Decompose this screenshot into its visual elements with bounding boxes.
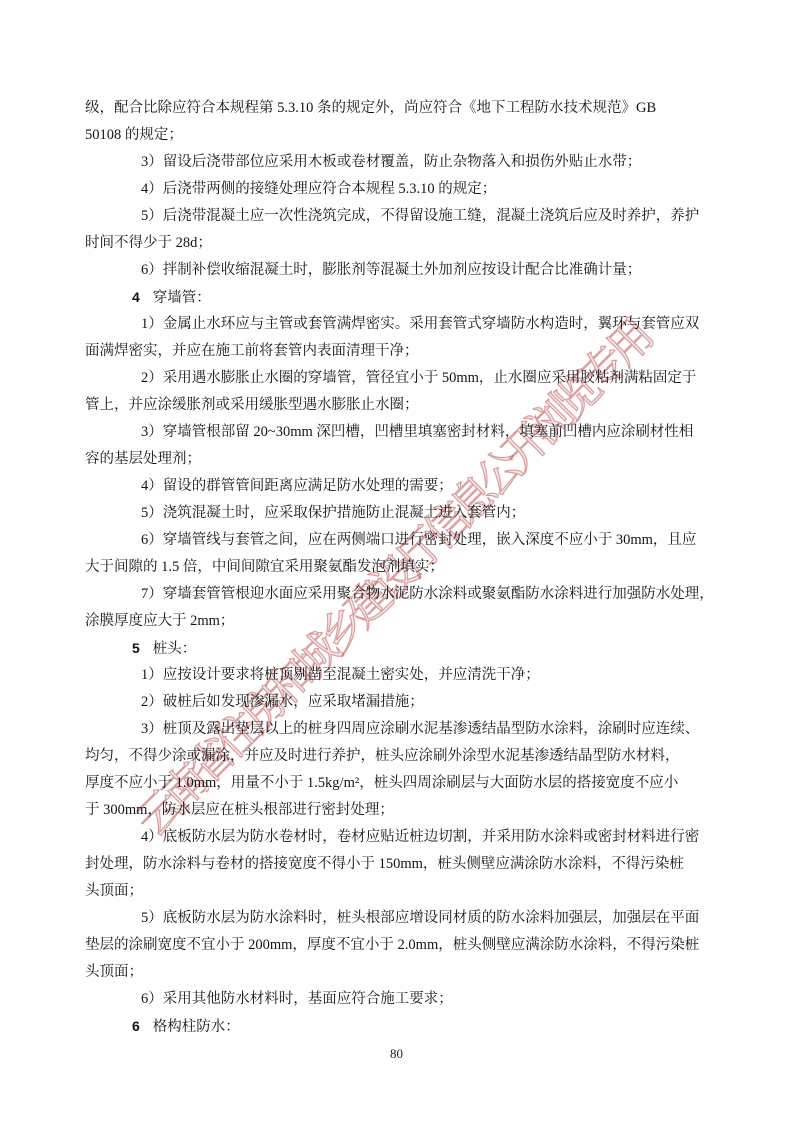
text-line: 3）留设后浇带部位应采用木板或卷材覆盖，防止杂物落入和损伤外贴止水带； (85, 149, 715, 176)
section-title: 格构柱防水： (153, 1019, 240, 1035)
text-line: 大于间隙的 1.5 倍，中间间隙宜采用聚氨酯发泡剂填实； (85, 554, 715, 581)
section-title: 穿墙管： (153, 290, 211, 306)
text-line: 6）采用其他防水材料时，基面应符合施工要求； (85, 986, 715, 1013)
text-line: 5）浇筑混凝土时，应采取保护措施防止混凝土进入套管内； (85, 500, 715, 527)
text-line: 4）留设的群管管间距离应满足防水处理的需要； (85, 473, 715, 500)
text-line: 容的基层处理剂； (85, 446, 715, 473)
document-body: 级，配合比除应符合本规程第 5.3.10 条的规定外，尚应符合《地下工程防水技术… (85, 95, 715, 1040)
text-line: 于 300mm，防水层应在桩头根部进行密封处理； (85, 797, 715, 824)
section-heading-line: 6格构柱防水： (85, 1013, 715, 1040)
text-line: 2）采用遇水膨胀止水圈的穿墙管，管径宜小于 50mm，止水圈应采用胶粘剂满粘固定… (85, 365, 715, 392)
text-line: 1）金属止水环应与主管或套管满焊密实。采用套管式穿墙防水构造时，翼环与套管应双 (85, 311, 715, 338)
text-line: 3）穿墙管根部留 20~30mm 深凹槽，凹槽里填塞密封材料，填塞前凹槽内应涂刷… (85, 419, 715, 446)
section-number: 5 (132, 640, 140, 656)
text-line: 厚度不应小于 1.0mm，用量不小于 1.5kg/m²，桩头四周涂刷层与大面防水… (85, 770, 715, 797)
text-line: 涂膜厚度应大于 2mm； (85, 608, 715, 635)
text-line: 级，配合比除应符合本规程第 5.3.10 条的规定外，尚应符合《地下工程防水技术… (85, 95, 715, 122)
text-line: 7）穿墙套管管根迎水面应采用聚合物水泥防水涂料或聚氨酯防水涂料进行加强防水处理， (85, 581, 715, 608)
text-line: 头顶面； (85, 878, 715, 905)
section-heading-line: 5桩头： (85, 635, 715, 662)
text-line: 头顶面； (85, 959, 715, 986)
text-line: 封处理，防水涂料与卷材的搭接宽度不得小于 150mm，桩头侧壁应满涂防水涂料，不… (85, 851, 715, 878)
text-line: 6）穿墙管线与套管之间，应在两侧端口进行密封处理，嵌入深度不应小于 30mm，且… (85, 527, 715, 554)
text-line: 1）应按设计要求将桩顶剔凿至混凝土密实处，并应清洗干净； (85, 662, 715, 689)
text-line: 6）拌制补偿收缩混凝土时，膨胀剂等混凝土外加剂应按设计配合比准确计量； (85, 257, 715, 284)
document-page: 云南省住房和城乡建设厅信息公开浏览专用 级，配合比除应符合本规程第 5.3.10… (0, 0, 793, 1122)
text-line: 垫层的涂刷宽度不宜小于 200mm，厚度不宜小于 2.0mm，桩头侧壁应满涂防水… (85, 932, 715, 959)
page-number: 80 (0, 1046, 793, 1062)
section-title: 桩头： (153, 641, 197, 657)
section-heading-line: 4穿墙管： (85, 284, 715, 311)
text-line: 4）底板防水层为防水卷材时，卷材应贴近桩边切割，并采用防水涂料或密封材料进行密 (85, 824, 715, 851)
text-line: 3）桩顶及露出垫层以上的桩身四周应涂刷水泥基渗透结晶型防水涂料，涂刷时应连续、 (85, 716, 715, 743)
text-line: 面满焊密实，并应在施工前将套管内表面清理干净； (85, 338, 715, 365)
text-line: 4）后浇带两侧的接缝处理应符合本规程 5.3.10 的规定； (85, 176, 715, 203)
section-number: 4 (132, 289, 140, 305)
text-line: 管上，并应涂缓胀剂或采用缓胀型遇水膨胀止水圈； (85, 392, 715, 419)
text-line: 时间不得少于 28d； (85, 230, 715, 257)
text-line: 2）破桩后如发现渗漏水，应采取堵漏措施； (85, 689, 715, 716)
text-line: 均匀，不得少涂或漏涂，并应及时进行养护，桩头应涂刷外涂型水泥基渗透结晶型防水材料… (85, 743, 715, 770)
text-line: 5）后浇带混凝土应一次性浇筑完成，不得留设施工缝，混凝土浇筑后应及时养护，养护 (85, 203, 715, 230)
text-line: 5）底板防水层为防水涂料时，桩头根部应增设同材质的防水涂料加强层，加强层在平面 (85, 905, 715, 932)
text-line: 50108 的规定； (85, 122, 715, 149)
section-number: 6 (132, 1018, 140, 1034)
